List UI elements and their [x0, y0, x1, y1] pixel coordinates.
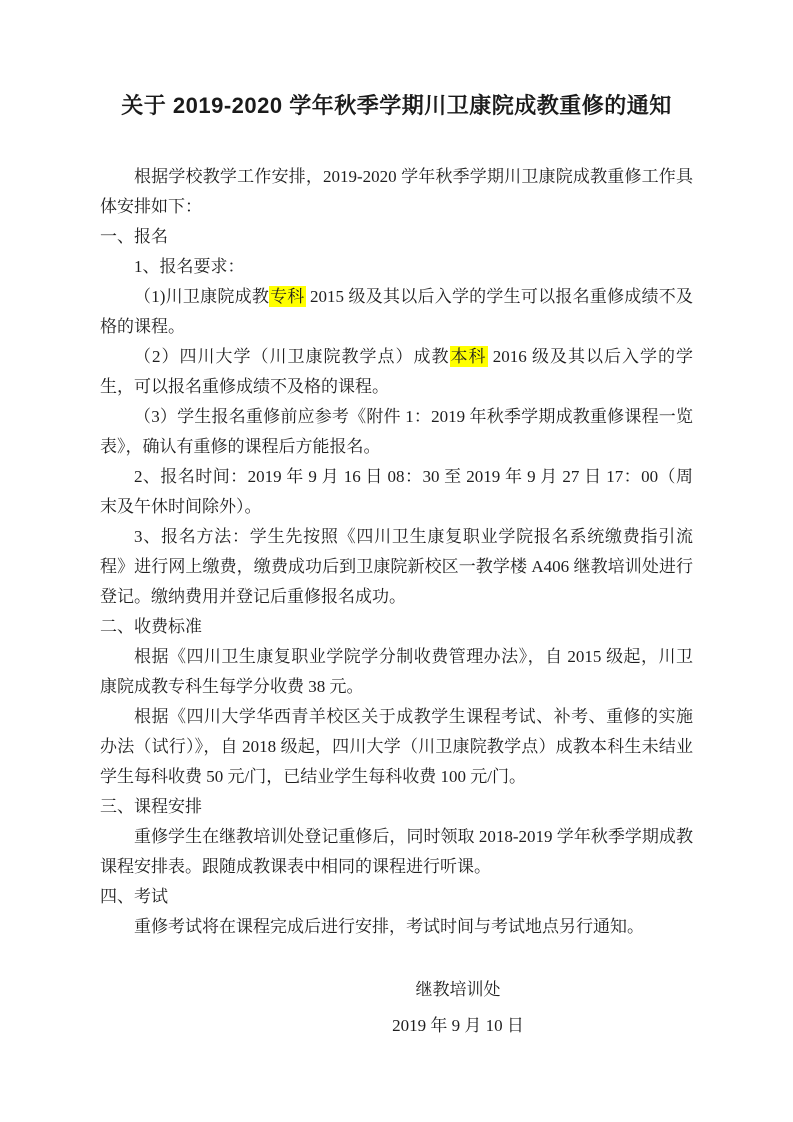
section-1-item-3: 3、报名方法：学生先按照《四川卫生康复职业学院报名系统缴费指引流程》进行网上缴费… [100, 522, 693, 612]
signature-block: 继教培训处 2019 年 9 月 10 日 [343, 972, 573, 1044]
section-1-item-1-sub-2: （2）四川大学（川卫康院教学点）成教本科 2016 级及其以后入学的学生，可以报… [100, 342, 693, 402]
section-1-heading: 一、报名 [100, 222, 693, 252]
section-1-item-2: 2、报名时间：2019 年 9 月 16 日 08：30 至 2019 年 9 … [100, 462, 693, 522]
section-1-item-1: 1、报名要求： [100, 252, 693, 282]
document-title: 关于 2019-2020 学年秋季学期川卫康院成教重修的通知 [100, 90, 693, 122]
signature-date: 2019 年 9 月 10 日 [343, 1008, 573, 1044]
highlighted-text-benke: 本科 [450, 346, 488, 367]
section-4-heading: 四、考试 [100, 882, 693, 912]
section-3-heading: 三、课程安排 [100, 792, 693, 822]
section-1-item-1-sub-3: （3）学生报名重修前应参考《附件 1：2019 年秋季学期成教重修课程一览表》，… [100, 402, 693, 462]
highlighted-text-zhuanke: 专科 [269, 286, 305, 307]
document-page: 关于 2019-2020 学年秋季学期川卫康院成教重修的通知 根据学校教学工作安… [0, 0, 793, 1122]
section-2-paragraph-1: 根据《四川卫生康复职业学院学分制收费管理办法》，自 2015 级起，川卫康院成教… [100, 642, 693, 702]
section-4-paragraph-1: 重修考试将在课程完成后进行安排，考试时间与考试地点另行通知。 [100, 912, 693, 942]
signature-department: 继教培训处 [343, 972, 573, 1008]
document-content: 关于 2019-2020 学年秋季学期川卫康院成教重修的通知 根据学校教学工作安… [0, 0, 793, 1044]
section-1-item-1-sub-2-text-pre: （2）四川大学（川卫康院教学点）成教 [134, 347, 450, 366]
section-3-paragraph-1: 重修学生在继教培训处登记重修后，同时领取 2018-2019 学年秋季学期成教课… [100, 822, 693, 882]
section-1-item-1-sub-1: （1)川卫康院成教专科 2015 级及其以后入学的学生可以报名重修成绩不及格的课… [100, 282, 693, 342]
section-2-paragraph-2: 根据《四川大学华西青羊校区关于成教学生课程考试、补考、重修的实施办法（试行）》，… [100, 702, 693, 792]
section-1-item-1-sub-1-text-pre: （1)川卫康院成教 [134, 287, 269, 306]
document-body: 根据学校教学工作安排，2019-2020 学年秋季学期川卫康院成教重修工作具体安… [100, 162, 693, 1044]
section-2-heading: 二、收费标准 [100, 612, 693, 642]
intro-paragraph: 根据学校教学工作安排，2019-2020 学年秋季学期川卫康院成教重修工作具体安… [100, 162, 693, 222]
